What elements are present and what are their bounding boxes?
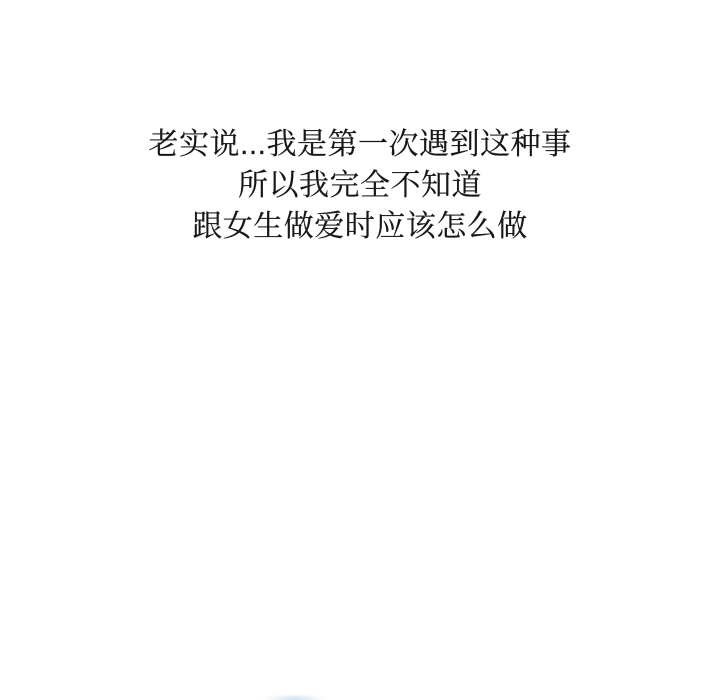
dialogue-text-block: 老实说...我是第一次遇到这种事 所以我完全不知道 跟女生做爱时应该怎么做 <box>0 124 720 247</box>
dialogue-line-2: 所以我完全不知道 <box>0 165 720 206</box>
dialogue-line-1: 老实说...我是第一次遇到这种事 <box>0 124 720 165</box>
next-panel-edge <box>262 693 334 700</box>
comic-page: 老实说...我是第一次遇到这种事 所以我完全不知道 跟女生做爱时应该怎么做 <box>0 0 720 700</box>
dialogue-line-3: 跟女生做爱时应该怎么做 <box>0 206 720 247</box>
